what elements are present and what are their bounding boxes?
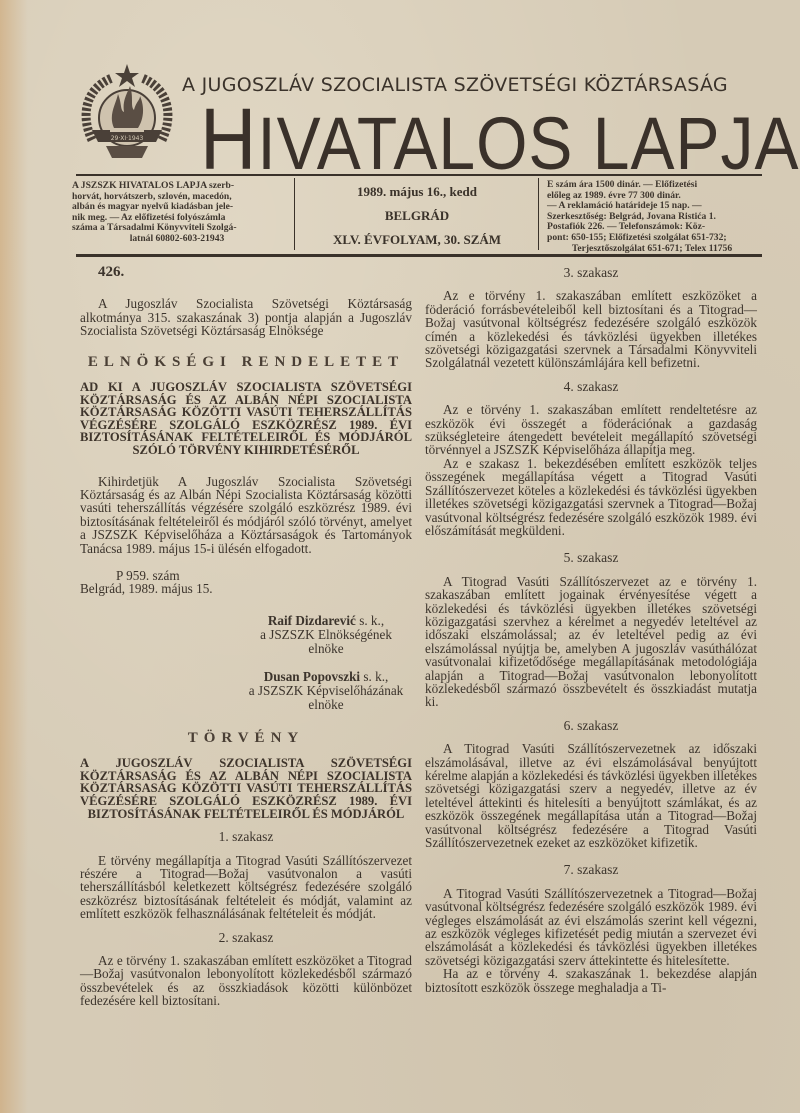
section-paragraph: Az e törvény 1. szakaszában említett esz… xyxy=(425,289,757,369)
section-title: 2. szakasz xyxy=(80,931,412,944)
state-emblem-icon: 29·XI·1943 xyxy=(72,60,182,170)
section-paragraph: Ha az e törvény 4. szakaszának 1. bekezd… xyxy=(425,967,757,994)
decree-subject: AD KI A JUGOSZLÁV SZOCIALISTA SZÖVETSÉGI… xyxy=(80,381,412,457)
page-edge-stain xyxy=(0,0,28,1113)
info-rule xyxy=(76,254,762,257)
signature-block: Dusan Popovszki s. k., a JSZSZK Képvisel… xyxy=(240,670,412,712)
issue-date: 1989. május 16., kedd xyxy=(312,184,522,200)
section-title: 3. szakasz xyxy=(425,266,757,279)
svg-text:29·XI·1943: 29·XI·1943 xyxy=(111,135,144,142)
price-contact-info: E szám ára 1500 dinár. — Előfizetési elő… xyxy=(547,180,757,254)
section-title: 4. szakasz xyxy=(425,380,757,393)
masthead-kicker: A JUGOSZLÁV SZOCIALISTA SZÖVETSÉGI KÖZTÁ… xyxy=(182,74,782,96)
publication-info: A JSZSZK HIVATALOS LAPJA szerb- horvát, … xyxy=(72,181,282,245)
section-title: 1. szakasz xyxy=(80,830,412,843)
intro-paragraph: A Jugoszláv Szocialista Szövetségi Köztá… xyxy=(80,297,412,337)
decree-heading: ELNÖKSÉGI RENDELETET xyxy=(80,356,412,369)
section-paragraph: Az e szakasz 1. bekezdésében említett es… xyxy=(425,457,757,537)
item-number: 426. xyxy=(98,266,412,279)
law-heading: TÖRVÉNY xyxy=(80,732,412,745)
law-subject: A JUGOSZLÁV SZOCIALISTA SZÖVETSÉGI KÖZTÁ… xyxy=(80,757,412,820)
column-divider xyxy=(294,178,295,250)
column-divider xyxy=(538,178,539,250)
place-date: Belgrád, 1989. május 15. xyxy=(80,582,412,595)
signature-block: Raif Dizdarević s. k., a JSZSZK Elnökség… xyxy=(240,614,412,656)
proclamation-paragraph: Kihirdetjük A Jugoszláv Szocialista Szöv… xyxy=(80,475,412,555)
section-paragraph: Az e törvény 1. szakaszában említett esz… xyxy=(80,954,412,1008)
issue-volume: XLV. ÉVFOLYAM, 30. SZÁM xyxy=(312,232,522,248)
masthead-rule xyxy=(76,174,762,176)
issue-city: BELGRÁD xyxy=(312,208,522,224)
info-band: A JSZSZK HIVATALOS LAPJA szerb- horvát, … xyxy=(72,178,762,256)
section-paragraph: A Titograd Vasúti Szállítószervezetnek a… xyxy=(425,887,757,967)
section-paragraph: Az e törvény 1. szakaszában említett ren… xyxy=(425,403,757,457)
section-title: 6. szakasz xyxy=(425,719,757,732)
right-column: 3. szakasz Az e törvény 1. szakaszában e… xyxy=(425,262,757,994)
masthead: 29·XI·1943 A JUGOSZLÁV SZOCIALISTA SZÖVE… xyxy=(72,60,762,175)
reference-number: P 959. szám xyxy=(80,569,412,582)
section-title: 7. szakasz xyxy=(425,863,757,876)
left-column: 426. A Jugoszláv Szocialista Szövetségi … xyxy=(80,262,412,1008)
section-paragraph: E törvény megállapítja a Titograd Vasúti… xyxy=(80,854,412,921)
section-paragraph: A Titograd Vasúti Szállítószervezet az e… xyxy=(425,575,757,709)
section-paragraph: A Titograd Vasúti Szállítószervezetnek a… xyxy=(425,742,757,849)
issue-info: 1989. május 16., kedd BELGRÁD XLV. ÉVFOL… xyxy=(312,184,522,256)
section-title: 5. szakasz xyxy=(425,551,757,564)
